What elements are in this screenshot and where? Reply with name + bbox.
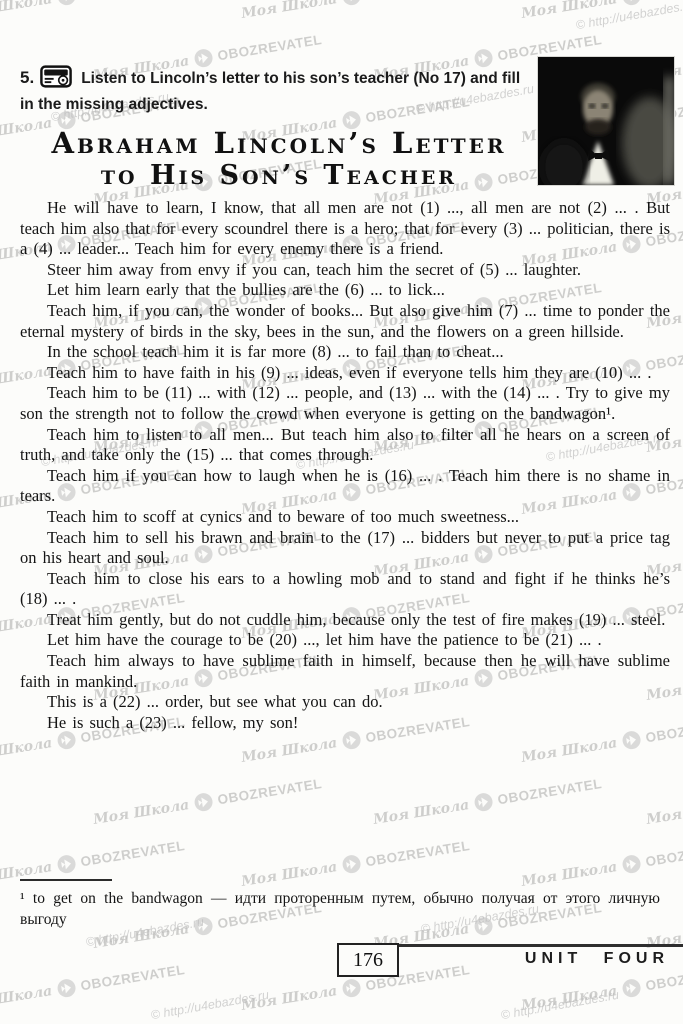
letter-paragraph: Treat him gently, but do not cuddle him,… [20,610,670,631]
watermark-brand-label: OBOZREVATEL [79,838,186,869]
watermark-brand-label: OBOZREVATEL [496,776,603,807]
footnote-divider [20,879,112,881]
watermark-school-label: Моя Школа [372,797,470,828]
watermark-school-label: Моя Школа [0,735,53,766]
task-line: 5. Listen to Lincoln’s letter to his son… [20,57,538,115]
watermark-school-label: Моя Школа [0,983,53,1014]
watermark: Моя ШколаOBOZREVATEL [240,836,471,891]
letter-paragraph: Teach him to listen to all men... But te… [20,425,670,466]
letter-paragraph: Teach him always to have sublime faith i… [20,651,670,692]
letter-paragraph: Teach him to scoff at cynics and to bewa… [20,507,670,528]
letter-paragraph: Teach him to close his ears to a howling… [20,569,670,610]
letter-body: He will have to learn, I know, that all … [20,198,670,733]
watermark-school-label: Моя Школа [520,859,618,890]
watermark-school-label: Моя Школа [0,859,53,890]
textbook-page: Моя ШколаOBOZREVATELМоя ШколаOBOZREVATEL… [0,0,683,1024]
header-row: 5. Listen to Lincoln’s letter to his son… [20,57,671,191]
watermark-url: © http://u4ebazdes.ru [500,988,620,1023]
obozrevatel-logo-icon [192,791,214,813]
watermark: Моя ШколаOBOZREVATEL [520,836,683,891]
cassette-icon [40,65,72,94]
lincoln-portrait-photo [538,57,674,185]
watermark-school-label: Моя Школа [240,983,338,1014]
letter-paragraph: Let him learn early that the bullies are… [20,280,670,301]
letter-title-line2: to His Son’s Teacher [20,160,538,191]
exercise-number: 5. [20,68,34,87]
watermark-brand-label: OBOZREVATEL [79,962,186,993]
watermark: Моя ШколаOBOZREVATEL [372,774,603,829]
watermark-brand-label: OBOZREVATEL [364,838,471,869]
letter-paragraph: Teach him to be (11) ... with (12) ... p… [20,383,670,424]
watermark-school-label: Моя Школа [240,735,338,766]
unit-label: UNIT FOUR [525,950,669,968]
letter-paragraph: In the school teach him it is far more (… [20,342,670,363]
letter-title-line1: Abraham Lincoln’s Letter [20,127,538,160]
letter-paragraph: Teach him to have faith in his (9) ... i… [20,363,670,384]
letter-paragraph: Steer him away from envy if you can, tea… [20,260,670,281]
letter-paragraph: He will have to learn, I know, that all … [20,198,670,260]
watermark-brand-label: OBOZREVATEL [644,838,683,869]
watermark: Моя ШколаOBOZREVATEL [0,960,186,1015]
letter-paragraph: Teach him, if you can, the wonder of boo… [20,301,670,342]
watermark-school-label: Моя Школа [520,983,618,1014]
obozrevatel-logo-icon [472,791,494,813]
task-instruction: Listen to Lincoln’s letter to his son’s … [20,70,520,113]
letter-paragraph: Teach him to sell his brawn and brain to… [20,528,670,569]
watermark: Моя ШколаOBOZREVATEL [520,960,683,1015]
watermark-school-label: Моя Школа [645,797,683,828]
obozrevatel-logo-icon [620,853,642,875]
watermark: Моя ШколаOBOZREVATEL [92,774,323,829]
obozrevatel-logo-icon [620,977,642,999]
watermark: Моя ШколаOBOZREVATEL [645,774,683,829]
obozrevatel-logo-icon [340,853,362,875]
obozrevatel-logo-icon [55,977,77,999]
watermark-url: © http://u4ebazdes.ru [150,988,270,1023]
watermark: Моя ШколаOBOZREVATEL [0,836,186,891]
page-content: 5. Listen to Lincoln’s letter to his son… [0,0,683,733]
watermark-school-label: Моя Школа [92,797,190,828]
obozrevatel-logo-icon [340,977,362,999]
header-left: 5. Listen to Lincoln’s letter to his son… [20,57,538,191]
footnote-text: ¹ to get on the bandwagon — идти проторе… [20,888,660,930]
letter-title: Abraham Lincoln’s Letter to His Son’s Te… [20,127,538,191]
letter-paragraph: Teach him if you can how to laugh when h… [20,466,670,507]
page-number: 176 [337,943,399,977]
watermark-brand-label: OBOZREVATEL [216,776,323,807]
obozrevatel-logo-icon [55,853,77,875]
watermark-school-label: Моя Школа [240,859,338,890]
letter-paragraph: He is such a (23) ... fellow, my son! [20,713,670,734]
letter-paragraph: Let him have the courage to be (20) ...,… [20,630,670,651]
letter-paragraph: This is a (22) ... order, but see what y… [20,692,670,713]
watermark-school-label: Моя Школа [520,735,618,766]
